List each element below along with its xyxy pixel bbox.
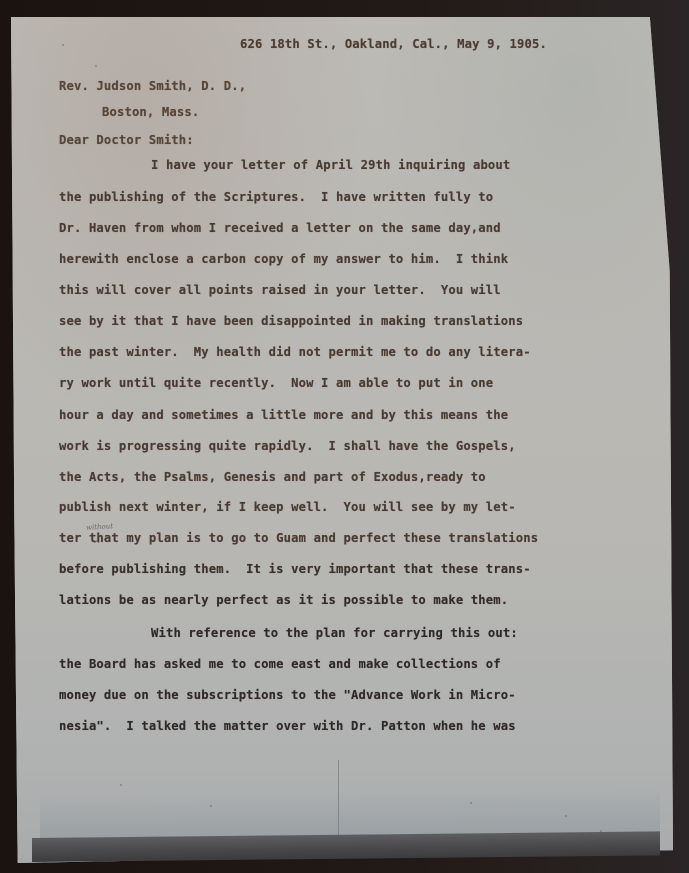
recipient-location: Boston, Mass.	[102, 105, 199, 119]
body-line: the Acts, the Psalms, Genesis and part o…	[59, 470, 486, 484]
dateline: 626 18th St., Oakland, Cal., May 9, 1905…	[240, 37, 547, 51]
salutation: Dear Doctor Smith:	[59, 133, 194, 147]
body-line: work is progressing quite rapidly. I sha…	[59, 439, 516, 453]
body-line: the past winter. My health did not permi…	[59, 345, 531, 359]
photo-background: 626 18th St., Oakland, Cal., May 9, 1905…	[0, 0, 689, 873]
body-line: before publishing them. It is very impor…	[59, 562, 531, 576]
body-line: ter that my plan is to go to Guam and pe…	[59, 531, 538, 545]
body-line: hour a day and sometimes a little more a…	[59, 408, 508, 422]
body-line: see by it that I have been disappointed …	[59, 314, 523, 328]
body-line: herewith enclose a carbon copy of my ans…	[59, 252, 508, 266]
body-line: Dr. Haven from whom I received a letter …	[59, 221, 501, 235]
insertion-caret-mark: ^	[93, 540, 101, 550]
body-line: money due on the subscriptions to the "A…	[59, 688, 516, 702]
body-line: lations be as nearly perfect as it is po…	[59, 593, 508, 607]
body-line: nesia". I talked the matter over with Dr…	[59, 719, 516, 733]
body-line: the Board has asked me to come east and …	[59, 657, 501, 671]
body-line: I have your letter of April 29th inquiri…	[151, 158, 510, 172]
body-line: the publishing of the Scriptures. I have…	[59, 190, 493, 204]
recipient-name: Rev. Judson Smith, D. D.,	[59, 79, 246, 93]
body-line: publish next winter, if I keep well. You…	[59, 500, 516, 514]
handwritten-insertion: without	[86, 522, 113, 531]
body-line: With reference to the plan for carrying …	[151, 626, 518, 640]
body-line: ry work until quite recently. Now I am a…	[59, 376, 493, 390]
letter-text: 626 18th St., Oakland, Cal., May 9, 1905…	[0, 0, 689, 873]
body-line: this will cover all points raised in you…	[59, 283, 501, 297]
